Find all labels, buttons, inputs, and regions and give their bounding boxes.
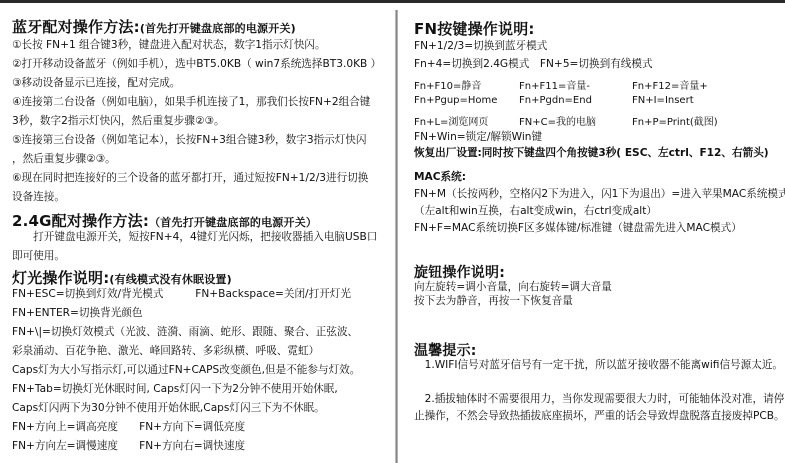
bt-step-5-cont: ，然后重复步骤②③。 bbox=[12, 153, 116, 166]
bt-step-6: ⑥现在同时把连接好的三个设备的蓝牙都打开，通过短按FN+1/2/3进行切换 bbox=[12, 172, 368, 185]
bt-step-4-cont: 3秒，数字2指示灯快闪，然后重复步骤②③。 bbox=[12, 115, 225, 128]
heading-text: 蓝牙配对操作方法: bbox=[12, 18, 140, 36]
fn-shortcut: Fn+Pgup=Home bbox=[414, 95, 497, 106]
fn-shortcut: Fn+P=Print(截图) bbox=[632, 113, 718, 128]
light-line-5: Caps灯为大小写指示灯,可以通过FN+CAPS改变颜色,但是不能参与灯效。 bbox=[12, 364, 360, 377]
fn-shortcut: Fn+F10=静音 bbox=[414, 77, 481, 92]
tip-1: 1.WIFI信号对蓝牙信号有一定干扰，所以蓝牙接收器不能离wifi信号源太近。 bbox=[414, 357, 785, 374]
bluetooth-pairing-heading: 蓝牙配对操作方法:(首先打开键盘底部的电源开关) bbox=[12, 16, 296, 37]
light-line-4: 彩泉涌动、百花争艳、激光、峰回路转、多彩纵横、呼吸、霓虹） bbox=[12, 345, 319, 358]
heading-note: (首先打开键盘底部的电源开关) bbox=[140, 22, 296, 35]
24g-pairing-heading: 2.4G配对操作方法:（首先打开键盘底部的电源开关） bbox=[12, 210, 317, 231]
fn-line-2: Fn+4=切换到2.4G模式 FN+5=切换到有线模式 bbox=[414, 58, 653, 71]
light-line-9: FN+方向左=调慢速度 FN+方向右=调快速度 bbox=[12, 440, 245, 453]
knob-heading: 旋钮操作说明: bbox=[414, 262, 505, 282]
column-divider bbox=[395, 10, 398, 463]
light-line-6: FN+Tab=切换灯光休眠时间, Caps灯闪一下为2分钟不使用开始休眠, bbox=[12, 383, 338, 396]
left-column: 蓝牙配对操作方法:(首先打开键盘底部的电源开关) ①长按 FN+1 组合键3秒，… bbox=[0, 0, 395, 463]
light-line-3: FN+\|=切换灯效模式（光波、涟漪、雨滴、蛇形、跟随、聚合、正弦波、 bbox=[12, 326, 358, 339]
fn-keys-heading: FN按键操作说明: bbox=[414, 18, 535, 39]
fn-line-1: FN+1/2/3=切换到蓝牙模式 bbox=[414, 40, 547, 53]
factory-reset: 恢复出厂设置:同时按下键盘四个角按键3秒( ESC、左ctrl、F12、右箭头) bbox=[414, 147, 769, 160]
bt-step-3: ③移动设备显示已连接，配对完成。 bbox=[12, 77, 180, 90]
right-column: FN按键操作说明: FN+1/2/3=切换到蓝牙模式 Fn+4=切换到2.4G模… bbox=[400, 0, 785, 463]
bt-step-5: ⑤连接第三台设备（例如笔记本），长按FN+3组合键3秒，数字3指示灯快闪 bbox=[12, 134, 367, 147]
mac-heading: MAC系统: bbox=[414, 171, 466, 184]
heading-text: 2.4G配对操作方法: bbox=[12, 212, 149, 230]
bt-step-2: ②打开移动设备蓝牙（例如手机），选中BT5.0KB（ win7系统选择BT3.0… bbox=[12, 58, 381, 71]
heading-note: （首先打开键盘底部的电源开关） bbox=[149, 216, 317, 229]
knob-line-1: 向左旋转=调小音量，向右旋转=调大音量 bbox=[414, 281, 612, 294]
fn-win-lock: FN+Win=锁定/解锁Win键 bbox=[414, 131, 542, 144]
fn-shortcut: Fn+L=浏览网页 bbox=[414, 113, 488, 128]
heading-note: (有线模式没有休眠设置) bbox=[109, 273, 231, 286]
24g-instruction-cont: 即可使用。 bbox=[12, 250, 65, 263]
mac-line-2: （左alt和win互换，右alt变成win，右ctrl变成alt） bbox=[414, 205, 657, 218]
lighting-heading: 灯光操作说明:(有线模式没有休眠设置) bbox=[12, 267, 232, 288]
light-line-1: FN+ESC=切换到灯效/背光模式 FN+Backspace=关闭/打开灯光 bbox=[12, 288, 351, 301]
fn-shortcut: Fn+Pgdn=End bbox=[519, 95, 592, 106]
light-line-7: Caps灯闪两下为30分钟不使用开始休眠,Caps灯闪三下为不休眠。 bbox=[12, 402, 325, 415]
light-line-8: FN+方向上=调高亮度 FN+方向下=调低亮度 bbox=[12, 421, 245, 434]
mac-line-1: FN+M（长按两秒，空格闪2下为进入，闪1下为退出）=进入苹果MAC系统模式 bbox=[414, 188, 785, 201]
24g-instruction: 打开键盘电源开关，短按FN+4，4键灯光闪烁，把接收器插入电脑USB口 bbox=[12, 231, 377, 244]
fn-shortcut: FN+I=Insert bbox=[632, 95, 694, 106]
tip-2: 2.插拔轴体时不需要很用力，当你发现需要很大力时，可能轴体没对准，请停止操作，不… bbox=[414, 391, 785, 425]
mac-line-3: FN+F=MAC系统切换F区多媒体键/标准键（键盘需先进入MAC模式） bbox=[414, 222, 742, 235]
bt-step-1: ①长按 FN+1 组合键3秒，键盘进入配对状态，数字1指示灯快闪。 bbox=[12, 39, 326, 52]
knob-line-2: 按下去为静音，再按一下恢复音量 bbox=[414, 295, 573, 308]
fn-shortcut: FN+C=我的电脑 bbox=[519, 113, 596, 128]
fn-shortcut: Fn+F12=音量+ bbox=[632, 77, 708, 92]
fn-shortcut: Fn+F11=音量- bbox=[519, 77, 590, 92]
bt-step-6-cont: 设备连接。 bbox=[12, 191, 65, 204]
light-line-2: FN+ENTER=切换背光颜色 bbox=[12, 307, 142, 320]
heading-text: 灯光操作说明: bbox=[12, 269, 109, 287]
bt-step-4: ④连接第二台设备（例如电脑），如果手机连接了1，那我们长按FN+2组合键 bbox=[12, 96, 370, 109]
